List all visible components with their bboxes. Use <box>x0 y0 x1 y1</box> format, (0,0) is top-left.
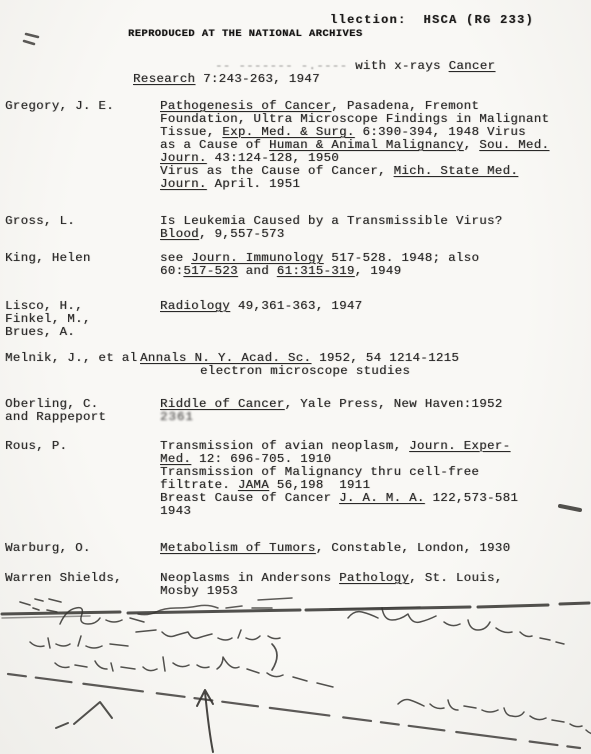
citation-segment: Tissue, <box>160 125 222 139</box>
citation-segment: Is Leukemia Caused by a Transmissible Vi… <box>160 214 503 228</box>
citation-text: Annals N. Y. Acad. Sc. 1952, 54 1214-121… <box>160 352 590 378</box>
citation-segment: Sou. Med. <box>479 138 549 152</box>
citation-segment: -- ------- -.---- <box>215 59 355 73</box>
citation-segment: Pathology <box>339 571 409 585</box>
citation-segment: Pathogenesis of Cancer <box>160 99 331 113</box>
citation-segment: Mich. State Med. <box>394 164 519 178</box>
author-name: Lisco, H.,Finkel, M.,Brues, A. <box>5 300 157 339</box>
citation-line: 1943 <box>160 505 590 518</box>
author-name-line: Melnik, J., et al <box>5 352 157 365</box>
citation-segment: Transmission of avian neoplasm, <box>160 439 409 453</box>
national-archives-stamp: REPRODUCED AT THE NATIONAL ARCHIVES <box>128 28 363 40</box>
author-name: Warren Shields, <box>5 572 157 585</box>
citation-segment: 56,198 1911 <box>269 478 370 492</box>
citation-line: Riddle of Cancer, Yale Press, New Haven:… <box>160 398 590 411</box>
citation-line: -- ------- -.---- with x-rays Cancer <box>215 60 590 73</box>
citation-segment: 517-523 <box>183 264 238 278</box>
citation-segment: Mosby 1953 <box>160 584 238 598</box>
citation-segment: Journ. Immunology <box>191 251 323 265</box>
author-name: Gross, L. <box>5 215 157 228</box>
citation-segment: Breast Cause of Cancer <box>160 491 339 505</box>
author-name-line: Brues, A. <box>5 326 157 339</box>
citation-segment: 61:315-319 <box>277 264 355 278</box>
author-name-line: and Rappeport <box>5 411 157 424</box>
citation-line: Research 7:243-263, 1947 <box>133 73 590 86</box>
citation-segment: Virus as the Cause of Cancer, <box>160 164 394 178</box>
citation-segment: 7:243-263, 1947 <box>195 72 320 86</box>
citation-segment: April. 1951 <box>207 177 300 191</box>
citation-text: Is Leukemia Caused by a Transmissible Vi… <box>160 215 590 241</box>
author-name: Rous, P. <box>5 440 157 453</box>
citation-segment: Metabolism of Tumors <box>160 541 316 555</box>
citation-text: Transmission of avian neoplasm, Journ. E… <box>160 440 590 518</box>
author-name: Oberling, C.and Rappeport <box>5 398 157 424</box>
author-name-line: Gregory, J. E. <box>5 100 157 113</box>
citation-segment: Human & Animal Malignancy <box>269 138 464 152</box>
citation-text: see Journ. Immunology 517-528. 1948; als… <box>160 252 590 278</box>
citation-segment: 122,573-581 <box>425 491 518 505</box>
citation-line: 60:517-523 and 61:315-319, 1949 <box>160 265 590 278</box>
citation-segment: Research <box>133 72 195 86</box>
citation-segment: Journ. Exper- <box>409 439 510 453</box>
citation-segment: , Pasadena, Fremont <box>331 99 479 113</box>
citation-line: Breast Cause of Cancer J. A. M. A. 122,5… <box>160 492 590 505</box>
citation-segment: Blood <box>160 227 199 241</box>
author-name-line: Gross, L. <box>5 215 157 228</box>
citation-segment: and <box>238 264 277 278</box>
author-name: Melnik, J., et al <box>5 352 157 365</box>
citation-segment: , Yale Press, New Haven:1952 <box>285 397 503 411</box>
scanned-document-page: llection: HSCA (RG 233) REPRODUCED AT TH… <box>0 0 591 754</box>
citation-segment: 12: 696-705. 1910 <box>191 452 331 466</box>
citation-segment: Cancer <box>449 59 496 73</box>
author-name: King, Helen <box>5 252 157 265</box>
citation-segment: 2361 <box>160 410 194 424</box>
citation-line: 2361 <box>160 411 590 424</box>
citation-segment: Med. <box>160 452 191 466</box>
citation-segment: Riddle of Cancer <box>160 397 285 411</box>
citation-text: Radiology 49,361-363, 1947 <box>160 300 590 313</box>
citation-segment: J. A. M. A. <box>339 491 425 505</box>
citation-line: Blood, 9,557-573 <box>160 228 590 241</box>
citation-segment: 60: <box>160 264 183 278</box>
citation-line: Mosby 1953 <box>160 585 590 598</box>
citation-segment: , St. Louis, <box>409 571 502 585</box>
citation-segment: see <box>160 251 191 265</box>
citation-segment: , Constable, London, 1930 <box>316 541 511 555</box>
citation-segment: Radiology <box>160 299 230 313</box>
collection-stamp: llection: HSCA (RG 233) <box>330 13 534 27</box>
citation-segment: Annals N. Y. Acad. Sc. <box>140 351 311 365</box>
citation-segment: Journ. <box>160 177 207 191</box>
author-name-line: Rous, P. <box>5 440 157 453</box>
citation-segment: as a Cause of <box>160 138 269 152</box>
citation-segment: Exp. Med. & Surg. <box>222 125 354 139</box>
citation-segment: 6:390-394, 1948 Virus <box>355 125 526 139</box>
author-name-line: Warburg, O. <box>5 542 157 555</box>
citation-segment: , 1949 <box>355 264 402 278</box>
citation-segment: filtrate. <box>160 478 238 492</box>
citation-segment: 517-528. 1948; also <box>324 251 480 265</box>
citation-segment: Neoplasms in Andersons <box>160 571 339 585</box>
citation-line: Journ. April. 1951 <box>160 178 590 191</box>
citation-segment: electron microscope studies <box>200 364 410 378</box>
citation-segment: Transmission of Malignancy thru cell-fre… <box>160 465 479 479</box>
citation-segment: Foundation, Ultra Microscope Findings in… <box>160 112 549 126</box>
citation-segment: 1952, 54 1214-1215 <box>311 351 459 365</box>
citation-line: Radiology 49,361-363, 1947 <box>160 300 590 313</box>
author-name: Warburg, O. <box>5 542 157 555</box>
citation-segment: , <box>464 138 480 152</box>
citation-text: Neoplasms in Andersons Pathology, St. Lo… <box>160 572 590 598</box>
citation-segment: 1943 <box>160 504 191 518</box>
citation-text: -- ------- -.---- with x-rays CancerRese… <box>160 60 590 86</box>
author-name: Gregory, J. E. <box>5 100 157 113</box>
citation-segment: JAMA <box>238 478 269 492</box>
citation-segment: Journ. <box>160 151 207 165</box>
typewritten-layer: llection: HSCA (RG 233) REPRODUCED AT TH… <box>0 0 591 754</box>
citation-segment: , 9,557-573 <box>199 227 285 241</box>
citation-segment: with x-rays <box>355 59 448 73</box>
citation-segment: 43:124-128, 1950 <box>207 151 339 165</box>
citation-text: Riddle of Cancer, Yale Press, New Haven:… <box>160 398 590 424</box>
citation-segment: 49,361-363, 1947 <box>230 299 362 313</box>
author-name-line: King, Helen <box>5 252 157 265</box>
citation-line: Metabolism of Tumors, Constable, London,… <box>160 542 590 555</box>
citation-text: Pathogenesis of Cancer, Pasadena, Fremon… <box>160 100 590 191</box>
citation-text: Metabolism of Tumors, Constable, London,… <box>160 542 590 555</box>
author-name-line: Warren Shields, <box>5 572 157 585</box>
citation-line: electron microscope studies <box>200 365 590 378</box>
